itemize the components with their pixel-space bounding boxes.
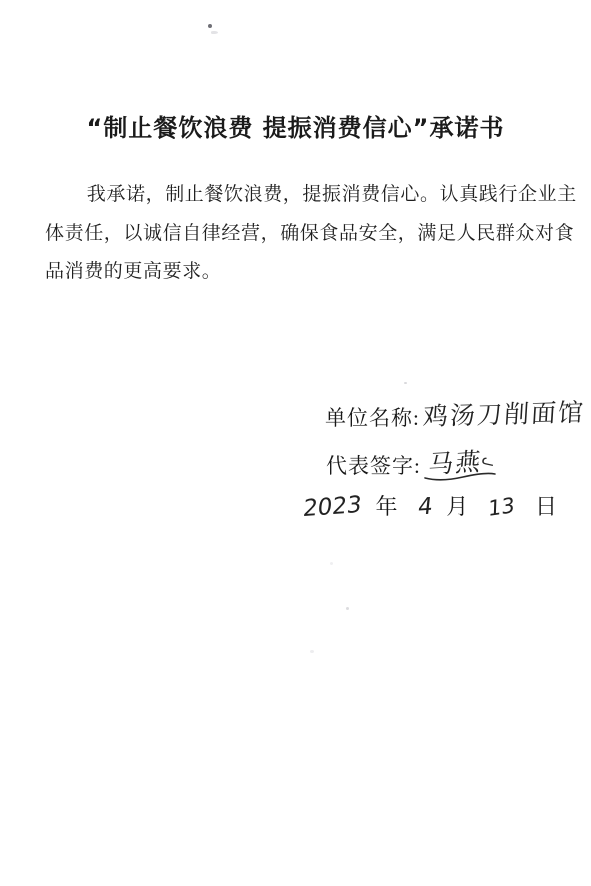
date-day-handwritten: 13 <box>488 493 515 521</box>
scanned-document-page: “制止餐饮浪费 提振消费信心”承诺书 我承诺，制止餐饮浪费，提振消费信心。认真践… <box>0 0 591 886</box>
scan-speckle <box>346 607 349 610</box>
representative-signature-line: 代表签字:马燕ᓚ <box>326 445 481 481</box>
pledge-line-3: 品消费的更高要求。 <box>45 258 547 297</box>
date-year-unit: 年 <box>376 490 398 521</box>
scan-speckle <box>211 31 218 34</box>
representative-signature-label: 代表签字: <box>326 454 421 478</box>
scan-speckle <box>330 562 333 565</box>
date-month-unit: 月 <box>446 490 468 521</box>
signature-tick-mark: ᓚ <box>480 450 496 470</box>
unit-name-handwritten: 鸡汤刀削面馆 <box>422 393 586 433</box>
scan-speckle <box>208 24 212 28</box>
date-day-unit: 日 <box>535 490 557 521</box>
date-month-handwritten: 4 <box>416 493 433 520</box>
unit-name-label: 单位名称: <box>325 406 420 430</box>
date-year-handwritten: 2023 <box>302 492 363 522</box>
signature-wrap: 马燕ᓚ <box>427 445 481 481</box>
scan-speckle <box>404 382 407 384</box>
scan-speckle <box>310 650 314 653</box>
unit-name-line: 单位名称:鸡汤刀削面馆 <box>325 397 584 433</box>
pledge-paragraph: 我承诺，制止餐饮浪费，提振消费信心。认真践行企业主 体责任，以诚信自律经营，确保… <box>45 181 547 297</box>
pledge-line-2: 体责任，以诚信自律经营，确保食品安全，满足人民群众对食 <box>45 220 547 259</box>
date-line: 2023 年 4 月 13 日 <box>303 490 557 521</box>
pledge-line-1: 我承诺，制止餐饮浪费，提振消费信心。认真践行企业主 <box>45 181 547 220</box>
representative-signature-handwritten: 马燕 <box>427 442 484 481</box>
document-title: “制止餐饮浪费 提振消费信心”承诺书 <box>0 108 591 143</box>
